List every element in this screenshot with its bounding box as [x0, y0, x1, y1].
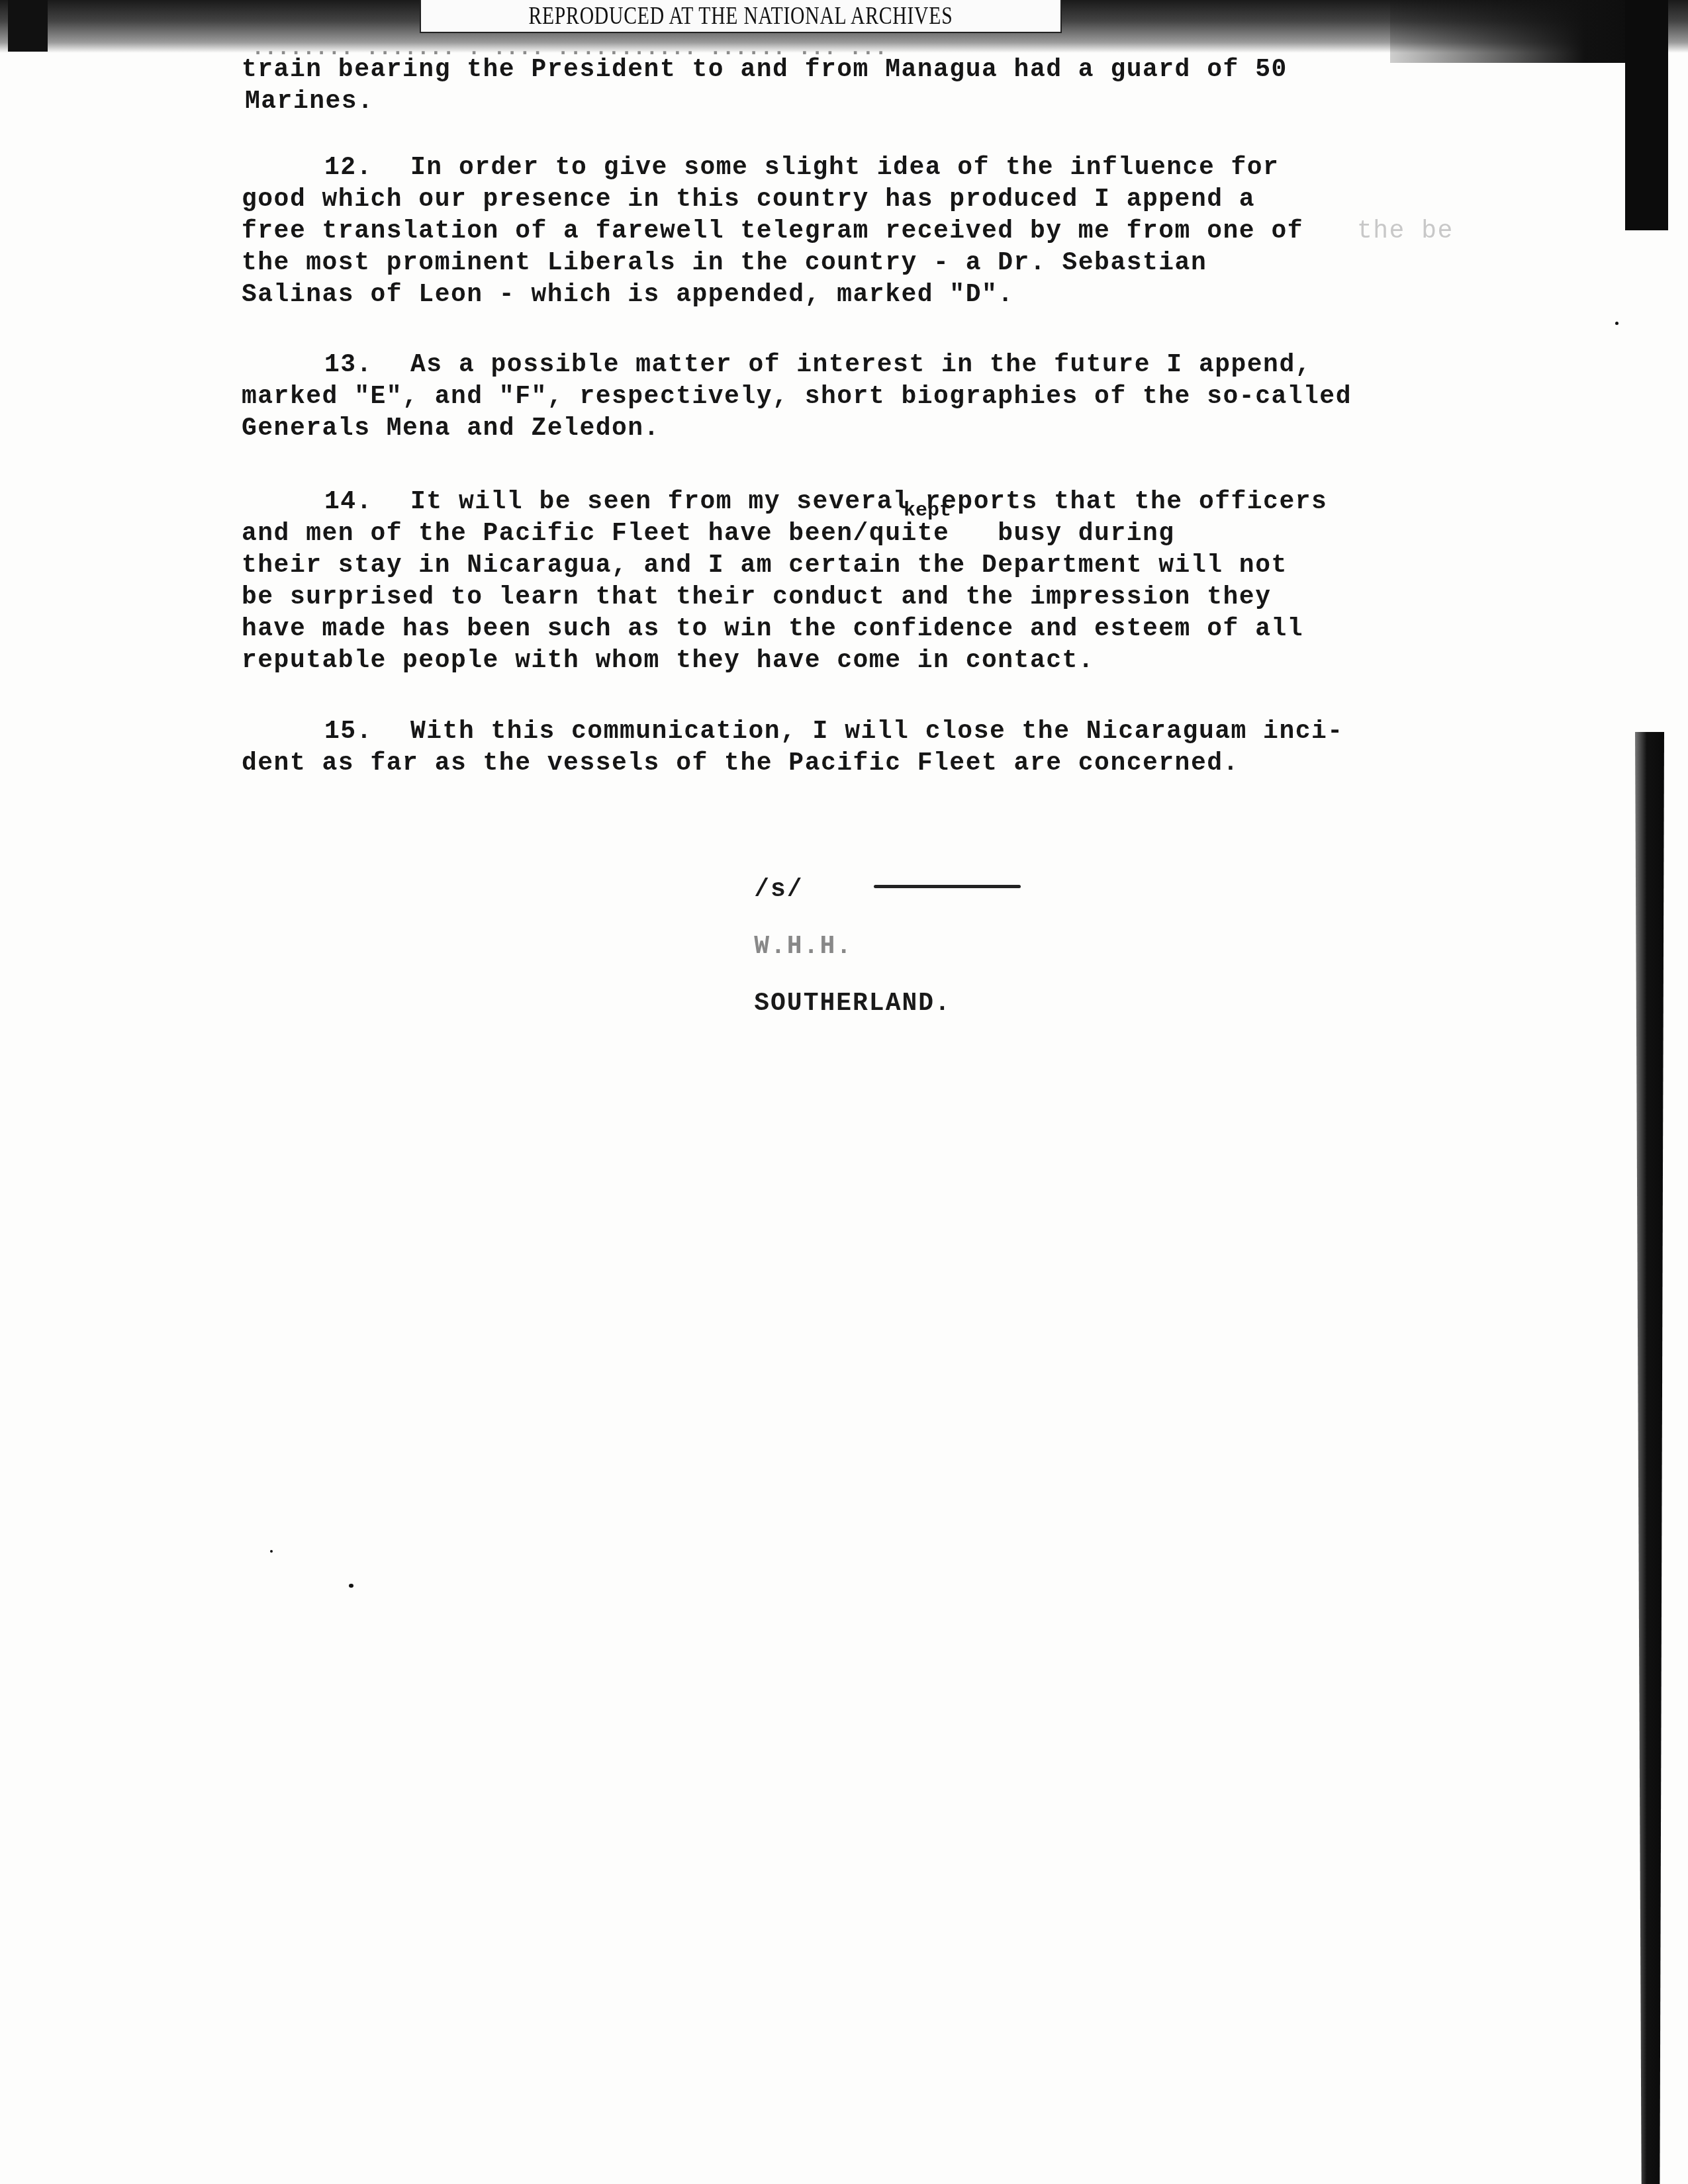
scan-edge-bar-bottom: [1635, 732, 1664, 2184]
document-page: ........ ....... . .... ........... ....…: [0, 0, 1688, 2184]
paragraph-number: 14.: [324, 486, 373, 518]
paragraph-line: reputable people with whom they have com…: [242, 645, 1094, 677]
paragraph-line: marked "E", and "F", respectively, short…: [242, 381, 1352, 413]
paragraph-line: As a possible matter of interest in the …: [410, 349, 1311, 381]
signature-initials: W.H.H.: [754, 933, 853, 961]
paragraph-line: be surprised to learn that their conduct…: [242, 582, 1271, 614]
scan-speck: [349, 1584, 353, 1588]
scan-shadow-corner: [8, 0, 48, 52]
paragraph-line: and men of the Pacific Fleet have been/q…: [242, 518, 1175, 550]
paragraph-line: dent as far as the vessels of the Pacifi…: [242, 748, 1239, 780]
faint-margin-text: the be: [1357, 216, 1454, 248]
archives-stamp: REPRODUCED AT THE NATIONAL ARCHIVES: [420, 0, 1062, 33]
paragraph-line: In order to give some slight idea of the…: [410, 152, 1279, 184]
paragraph-line: Salinas of Leon - which is appended, mar…: [242, 279, 1014, 311]
obscured-text-line: ........ ....... . .... ........... ....…: [252, 36, 1377, 56]
signature-block: /s/ W.H.H. SOUTHERLAND.: [688, 847, 951, 1046]
scan-edge-bar-top: [1625, 0, 1668, 230]
carryover-line-1: train bearing the President to and from …: [242, 54, 1288, 86]
paragraph-number: 15.: [324, 716, 373, 748]
paragraph-line: good which our presence in this country …: [242, 184, 1255, 216]
scan-speck: [270, 1550, 273, 1553]
paragraph-line: the most prominent Liberals in the count…: [242, 248, 1207, 279]
carryover-line-2: Marines.: [245, 86, 373, 118]
signature-underline: [874, 885, 1021, 888]
paragraph-number-text: 12.: [324, 154, 373, 182]
paragraph-line: Generals Mena and Zeledon.: [242, 413, 660, 445]
paragraph-line: With this communication, I will close th…: [410, 716, 1344, 748]
paragraph-number: 12.: [324, 152, 373, 184]
scan-speck: [1615, 322, 1618, 325]
archives-stamp-text: REPRODUCED AT THE NATIONAL ARCHIVES: [528, 1, 953, 30]
paragraph-number: 13.: [324, 349, 373, 381]
signature-prefix: /s/: [754, 876, 803, 904]
paragraph-line: It will be seen from my several reports …: [410, 486, 1327, 518]
signature-name: SOUTHERLAND.: [754, 989, 951, 1018]
paragraph-line: have made has been such as to win the co…: [242, 614, 1303, 645]
paragraph-line: free translation of a farewell telegram …: [242, 216, 1303, 248]
paragraph-line: their stay in Nicaragua, and I am certai…: [242, 550, 1288, 582]
